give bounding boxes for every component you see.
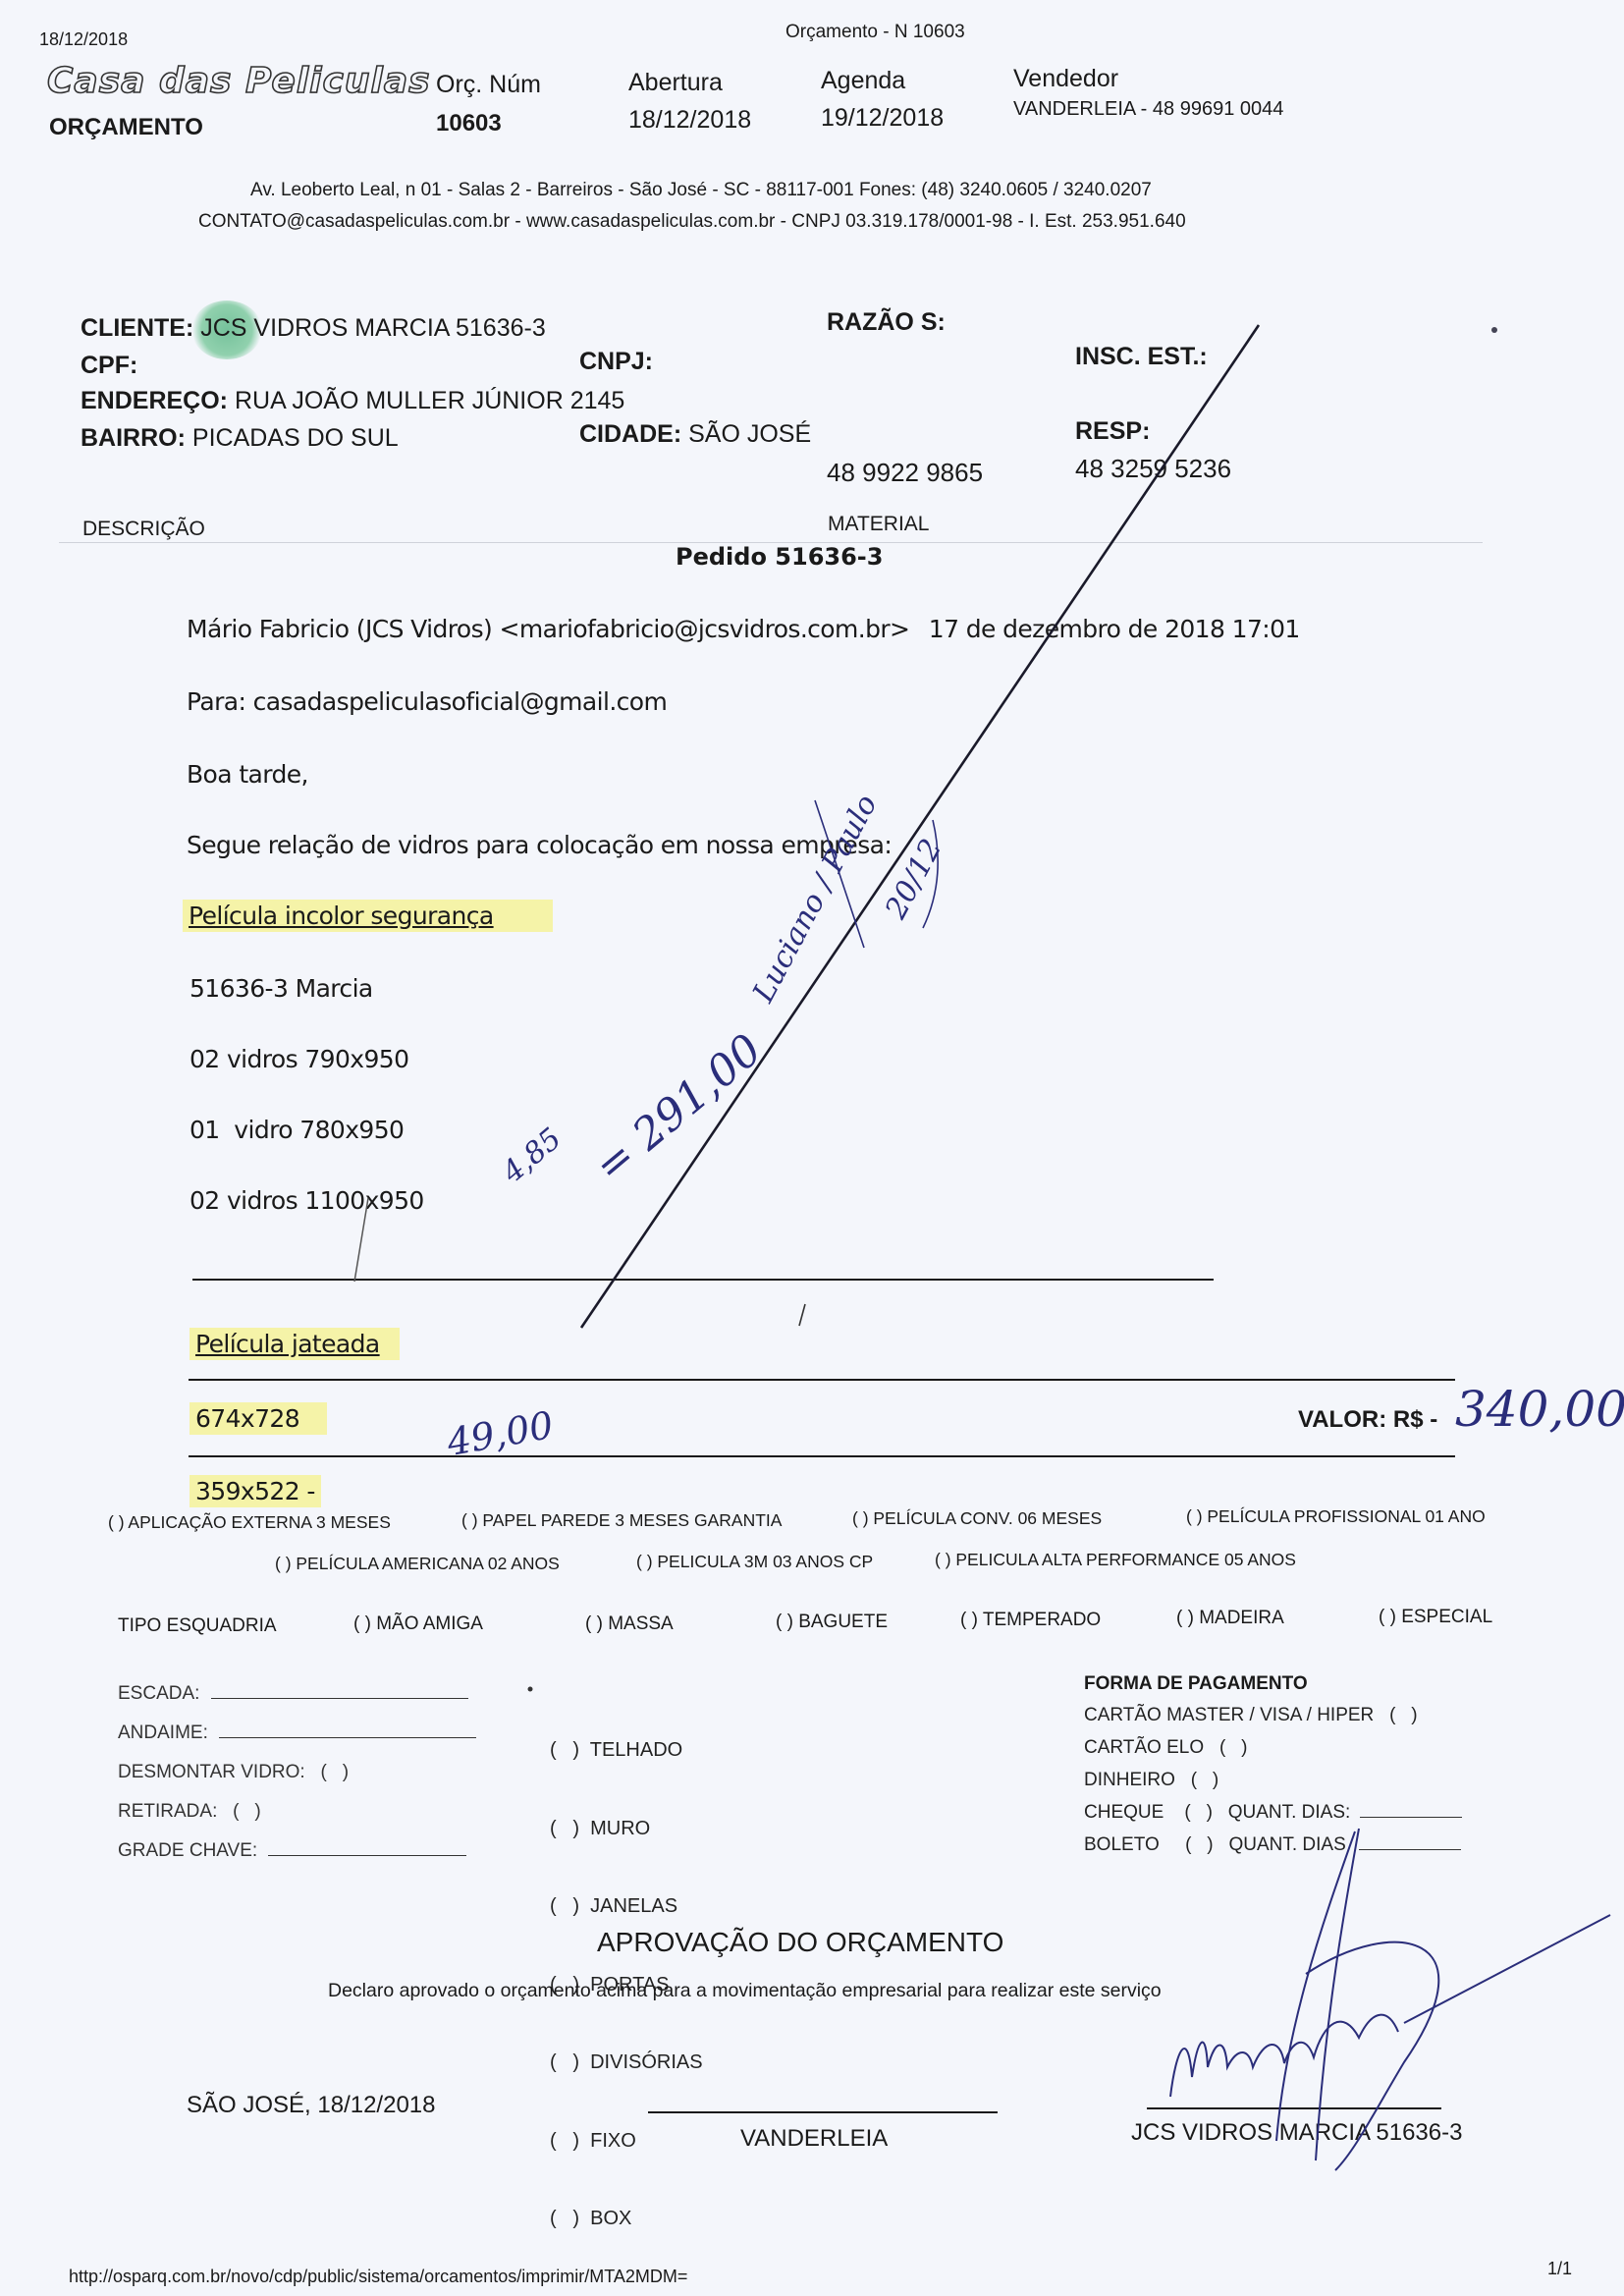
cpf-label: CPF: <box>81 352 137 380</box>
location-option[interactable]: ( ) BOX <box>550 2206 703 2232</box>
quote-num-value: 10603 <box>436 110 502 137</box>
handwritten-subtotal: = 291,00 <box>585 1024 772 1192</box>
divider-line <box>189 1379 1455 1381</box>
section-1-title: Película incolor segurança <box>183 900 553 932</box>
doc-title: Orçamento - N 10603 <box>785 22 965 43</box>
bairro-label: BAIRRO: <box>81 424 186 452</box>
address-row: ENDEREÇO: RUA JOÃO MULLER JÚNIOR 2145 <box>81 387 624 415</box>
approval-statement: Declaro aprovado o orçamento acima para … <box>328 1980 1162 2002</box>
grade-chave-input[interactable] <box>268 1841 466 1856</box>
escada-input[interactable] <box>211 1684 468 1699</box>
col-descricao: DESCRIÇÃO <box>82 518 205 541</box>
email-to: Para: casadaspeliculasoficial@gmail.com <box>187 687 667 716</box>
location-list: ( ) TELHADO ( ) MURO ( ) JANELAS ( ) POR… <box>550 1685 703 2258</box>
seller-signature-name: VANDERLEIA <box>740 2125 888 2153</box>
section-1-item: 01 vidro 780x950 <box>189 1116 404 1144</box>
client-signature-scribble <box>1170 2015 1398 2097</box>
section-2-title: Película jateada <box>189 1328 400 1360</box>
email-date: 17 de dezembro de 2018 17:01 <box>929 615 1300 643</box>
warranty-option[interactable]: ( ) PELÍCULA CONV. 06 MESES <box>852 1508 1102 1529</box>
email-intro: Segue relação de vidros para colocação e… <box>187 831 892 859</box>
cnpj-label: CNPJ: <box>579 348 653 376</box>
company-logo: Casa das Peliculas <box>47 61 431 101</box>
payment-option[interactable]: CARTÃO ELO ( ) <box>1084 1737 1247 1759</box>
esquadria-option[interactable]: ( ) MADEIRA <box>1176 1608 1284 1629</box>
agenda-value: 19/12/2018 <box>821 104 944 133</box>
agenda-label: Agenda <box>821 67 905 95</box>
print-date: 18/12/2018 <box>39 29 128 50</box>
warranty-option[interactable]: ( ) PELICULA 3M 03 ANOS CP <box>636 1552 873 1572</box>
warranty-option[interactable]: ( ) PELÍCULA PROFISSIONAL 01 ANO <box>1186 1506 1486 1527</box>
divider-line <box>189 1455 1455 1457</box>
pen-mark <box>799 1304 805 1326</box>
bairro-value: PICADAS DO SUL <box>192 424 399 452</box>
client-label: CLIENTE: <box>81 314 193 342</box>
order-title: Pedido 51636-3 <box>676 543 883 571</box>
cidade-row: CIDADE: SÃO JOSÉ <box>579 420 811 449</box>
footer-url[interactable]: http://osparq.com.br/novo/cdp/public/sis… <box>69 2267 687 2287</box>
handwritten-rate: 4,85 <box>496 1121 568 1190</box>
location-option[interactable]: ( ) TELHADO <box>550 1737 703 1764</box>
warranty-option[interactable]: ( ) APLICAÇÃO EXTERNA 3 MESES <box>108 1512 391 1533</box>
location-option[interactable]: ( ) FIXO <box>550 2128 703 2155</box>
insc-label: INSC. EST.: <box>1075 343 1208 371</box>
desmontar-field[interactable]: DESMONTAR VIDRO: ( ) <box>118 1762 349 1783</box>
stray-ink-dot <box>1491 327 1497 333</box>
esquadria-option[interactable]: ( ) BAGUETE <box>776 1612 888 1633</box>
client-row: CLIENTE: JCS VIDROS MARCIA 51636-3 <box>81 314 546 343</box>
resp-label: RESP: <box>1075 417 1150 446</box>
cidade-label: CIDADE: <box>579 420 681 448</box>
phone-1: 48 9922 9865 <box>827 458 983 488</box>
payment-cheque-row[interactable]: CHEQUE ( ) QUANT. DIAS: <box>1084 1802 1462 1824</box>
handwritten-installers: Luciano / Paulo <box>746 790 885 1009</box>
phone-2: 48 3259 5236 <box>1075 454 1231 484</box>
esquadria-option[interactable]: ( ) MASSA <box>585 1613 674 1635</box>
warranty-option[interactable]: ( ) PELICULA ALTA PERFORMANCE 05 ANOS <box>935 1550 1296 1570</box>
client-signature-name: JCS VIDROS MARCIA 51636-3 <box>1131 2119 1462 2147</box>
retirada-field[interactable]: RETIRADA: ( ) <box>118 1801 261 1823</box>
warranty-option[interactable]: ( ) PELÍCULA AMERICANA 02 ANOS <box>275 1554 560 1574</box>
location-option[interactable]: ( ) JANELAS <box>550 1893 703 1920</box>
section-1-ref: 51636-3 Marcia <box>189 974 373 1003</box>
escada-field[interactable]: ESCADA: <box>118 1683 468 1705</box>
col-material: MATERIAL <box>828 513 929 536</box>
section-1-item: 02 vidros 790x950 <box>189 1045 408 1073</box>
payment-title: FORMA DE PAGAMENTO <box>1084 1673 1308 1695</box>
handwritten-total: 340,00 <box>1455 1381 1624 1438</box>
cheque-days-input[interactable] <box>1360 1803 1462 1818</box>
open-value: 18/12/2018 <box>628 106 751 135</box>
address-label: ENDEREÇO: <box>81 387 228 414</box>
location-option[interactable]: ( ) MURO <box>550 1816 703 1842</box>
esquadria-label: TIPO ESQUADRIA <box>118 1615 277 1637</box>
seller-label: Vendedor <box>1013 65 1118 93</box>
client-value: JCS VIDROS MARCIA 51636-3 <box>200 314 546 342</box>
section-2-item: 359x522 - <box>189 1475 321 1507</box>
seller-value: VANDERLEIA - 48 99691 0044 <box>1013 98 1283 121</box>
cidade-value: SÃO JOSÉ <box>688 420 811 448</box>
boleto-days-input[interactable] <box>1359 1835 1461 1850</box>
esquadria-option[interactable]: ( ) MÃO AMIGA <box>353 1613 483 1635</box>
stray-ink-dot <box>528 1687 533 1692</box>
email-sender: Mário Fabricio (JCS Vidros) <mariofabric… <box>187 615 909 643</box>
divider-line <box>192 1279 1214 1281</box>
esquadria-option[interactable]: ( ) TEMPERADO <box>960 1610 1101 1631</box>
payment-boleto-row[interactable]: BOLETO ( ) QUANT. DIAS <box>1084 1834 1461 1856</box>
address-value: RUA JOÃO MULLER JÚNIOR 2145 <box>235 387 624 414</box>
approval-place-date: SÃO JOSÉ, 18/12/2018 <box>187 2092 436 2119</box>
doc-type: ORÇAMENTO <box>49 114 203 141</box>
andaime-field[interactable]: ANDAIME: <box>118 1722 476 1744</box>
razao-label: RAZÃO S: <box>827 308 946 337</box>
company-contact: CONTATO@casadaspeliculas.com.br - www.ca… <box>198 211 1186 233</box>
open-label: Abertura <box>628 69 723 97</box>
page-number: 1/1 <box>1547 2259 1572 2279</box>
company-address: Av. Leoberto Leal, n 01 - Salas 2 - Barr… <box>250 180 1152 201</box>
payment-option[interactable]: CARTÃO MASTER / VISA / HIPER ( ) <box>1084 1705 1418 1726</box>
warranty-option[interactable]: ( ) PAPEL PAREDE 3 MESES GARANTIA <box>461 1510 782 1531</box>
location-option[interactable]: ( ) DIVISÓRIAS <box>550 2050 703 2076</box>
andaime-input[interactable] <box>219 1723 476 1738</box>
section-1-item: 02 vidros 1100x950 <box>189 1186 424 1215</box>
bairro-row: BAIRRO: PICADAS DO SUL <box>81 424 399 453</box>
seller-signature-line <box>648 2111 998 2113</box>
grade-chave-field[interactable]: GRADE CHAVE: <box>118 1840 466 1862</box>
valor-label: VALOR: R$ - <box>1298 1406 1437 1434</box>
quote-num-label: Orç. Núm <box>436 71 541 99</box>
client-signature-line <box>1147 2107 1441 2109</box>
section-2-item: 674x728 <box>189 1402 327 1435</box>
esquadria-option[interactable]: ( ) ESPECIAL <box>1379 1607 1492 1628</box>
email-greeting: Boa tarde, <box>187 760 308 789</box>
approval-title: APROVAÇÃO DO ORÇAMENTO <box>597 1927 1003 1958</box>
payment-option[interactable]: DINHEIRO ( ) <box>1084 1770 1218 1791</box>
email-from: Mário Fabricio (JCS Vidros) <mariofabric… <box>187 615 1300 643</box>
